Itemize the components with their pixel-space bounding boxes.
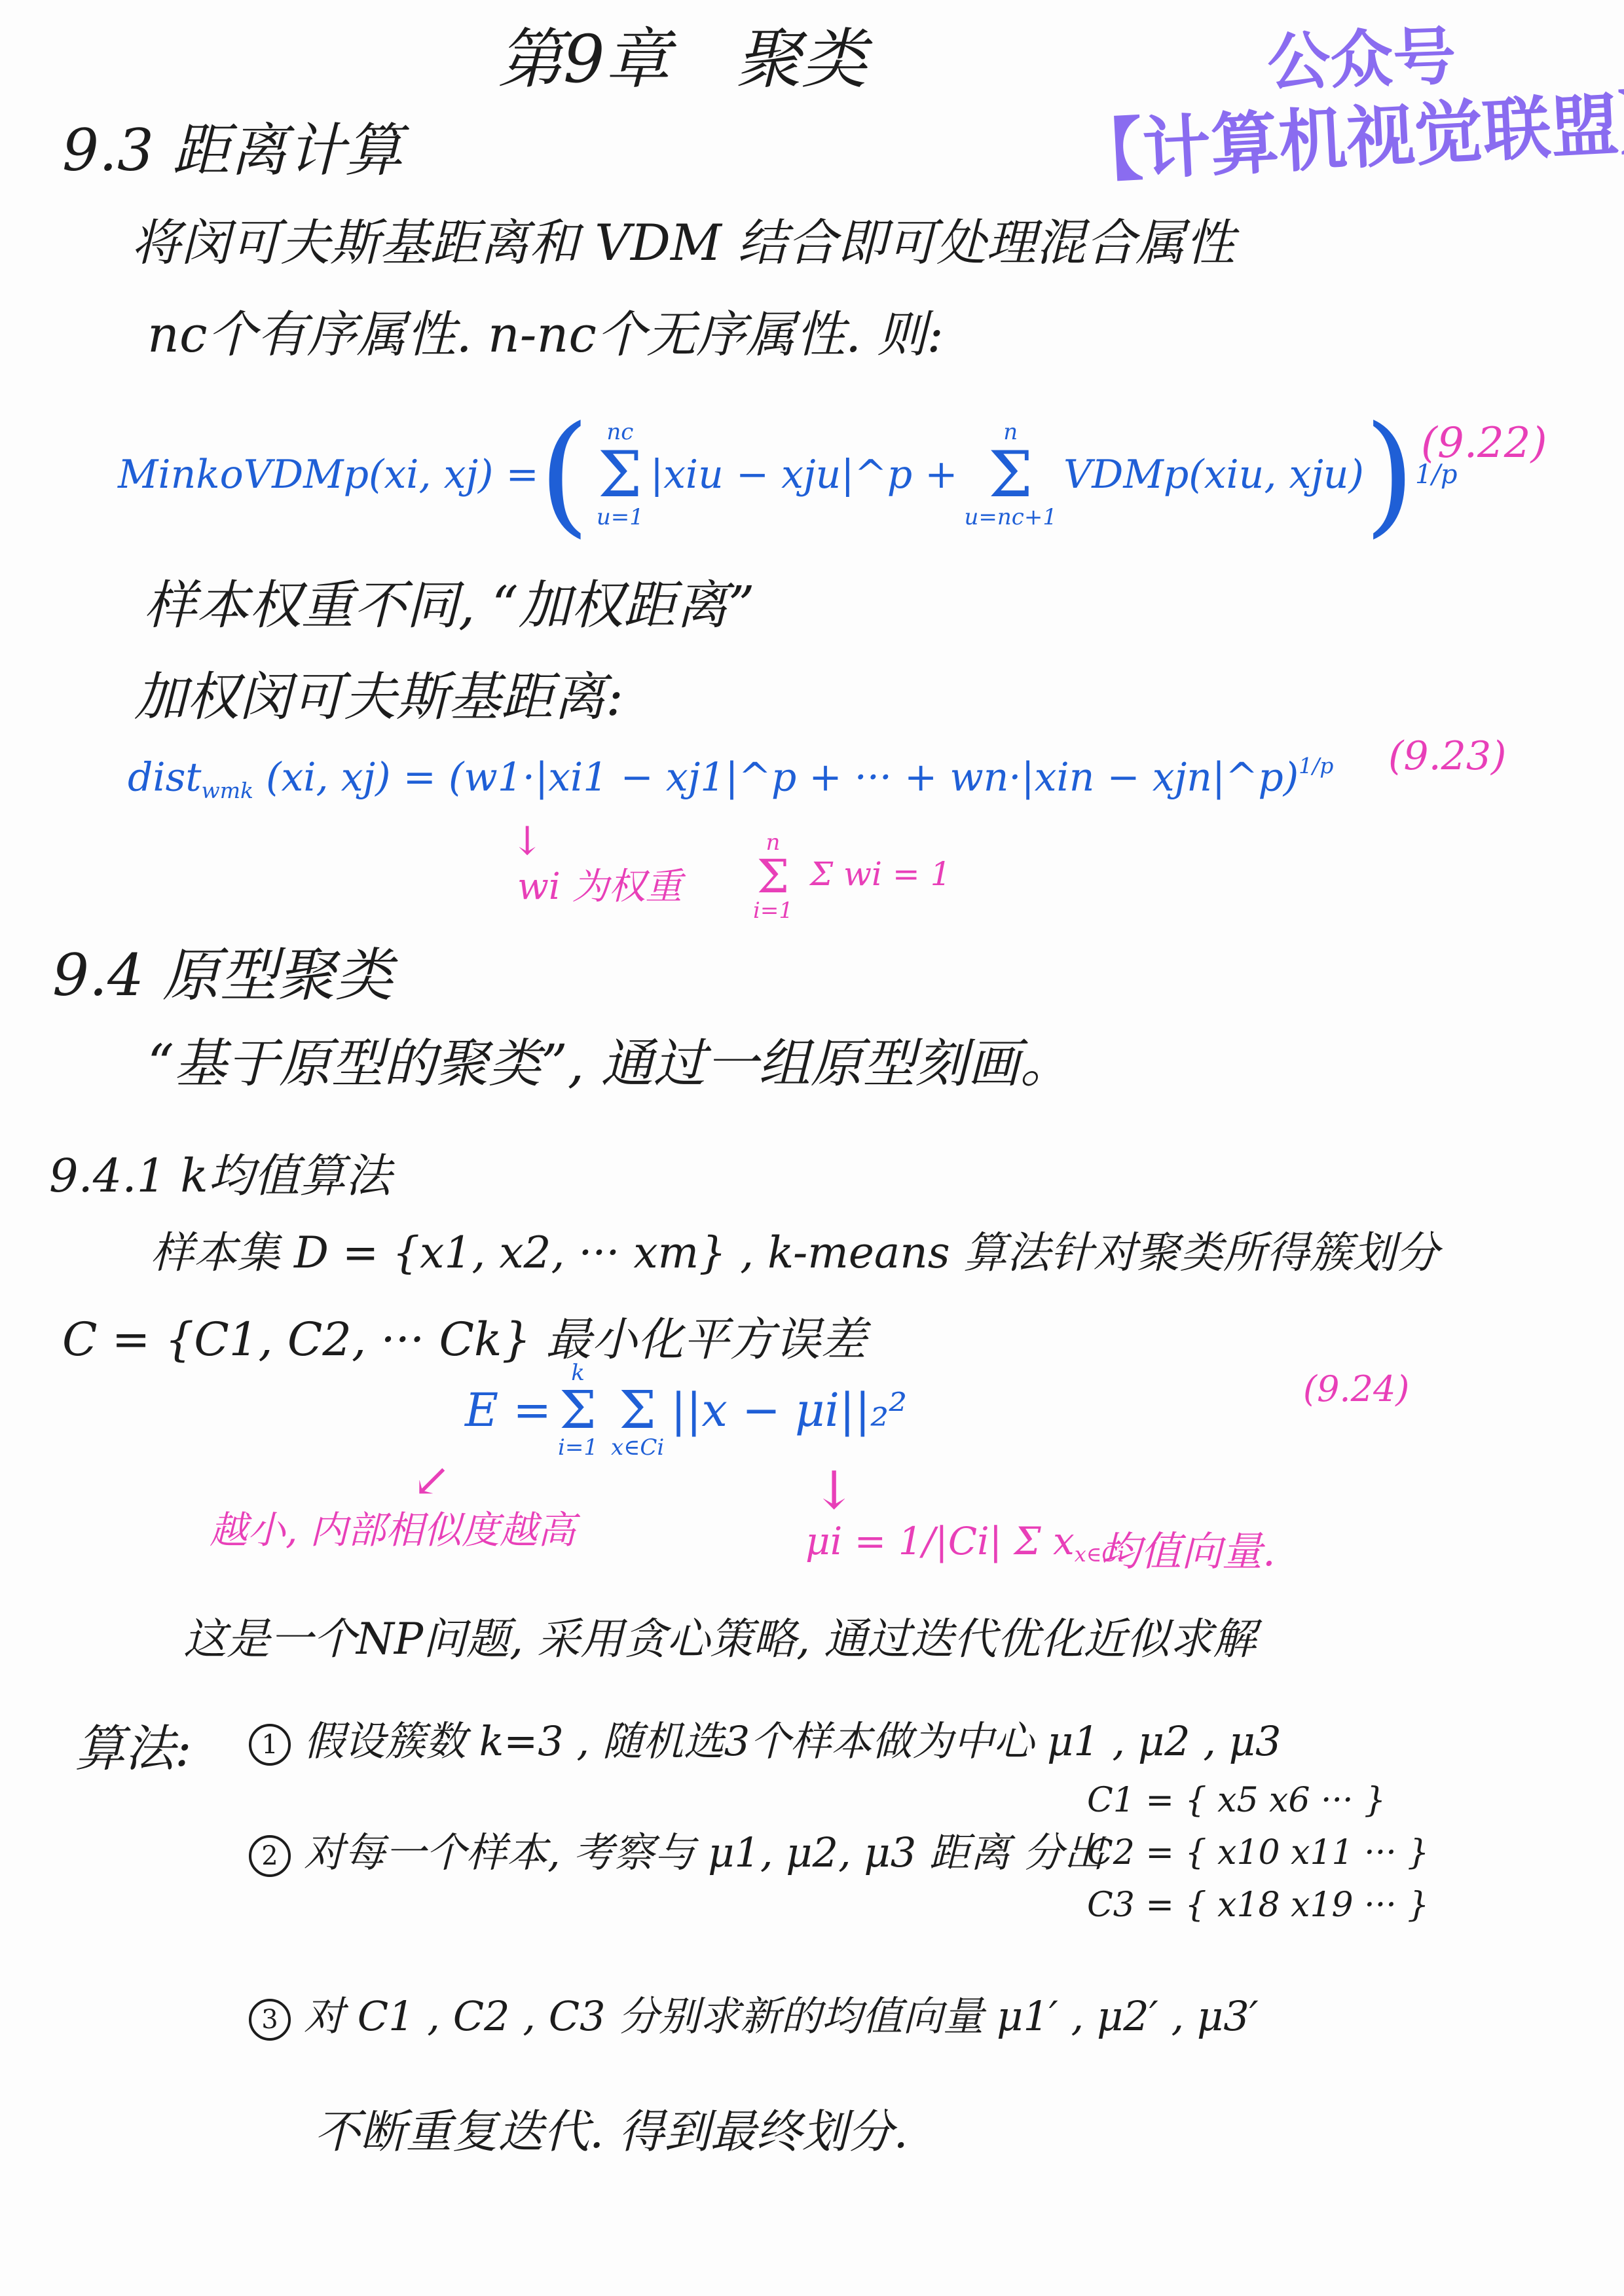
section-9-4-heading: 9.4 原型聚类	[52, 930, 393, 1012]
step-text-2: 对每一个样本, 考察与 μ1, μ2, μ3 距离 分出	[304, 1829, 1105, 1876]
close-paren: )	[1364, 409, 1415, 540]
step-text-1: 假设簇数 k=3 , 随机选3个样本做为中心 μ1 , μ2 , μ3	[304, 1717, 1281, 1765]
sigma-icon: Σ	[598, 443, 642, 506]
chapter-title: 第9章 聚类	[498, 7, 867, 101]
cluster-c2: C2 = { x10 x11 ··· }	[1087, 1827, 1429, 1879]
equation-number-9-23: (9.23)	[1388, 733, 1506, 779]
note-left: 越小, 内部相似度越高	[210, 1499, 576, 1554]
sigma-icon: Σ	[757, 854, 790, 900]
section-9-4-1-heading: 9.4.1 k均值算法	[49, 1139, 392, 1205]
sum-1: nc Σ u=1	[597, 421, 644, 528]
weight-sum-bottom: i=1	[753, 900, 793, 922]
final-line: 不断重复迭代. 得到最终划分.	[314, 2095, 908, 2161]
open-paren: (	[539, 409, 590, 540]
mean-formula: μi = 1/|Ci| Σ xx∈Ci	[805, 1519, 1124, 1567]
error-formula: E = k Σ i=1 Σ x∈Ci ||x − μi||₂²	[465, 1362, 907, 1459]
equation-number-9-22: (9.22)	[1421, 419, 1547, 467]
section-9-4-1-line2: C = {C1, C2, ··· Ck} 最小化平方误差	[62, 1303, 866, 1369]
cluster-c1: C1 = { x5 x6 ··· }	[1087, 1774, 1429, 1827]
error-sum-1-bottom: i=1	[558, 1436, 598, 1459]
error-term: ||x − μi||₂²	[671, 1383, 907, 1437]
section-9-3-heading: 9.3 距离计算	[62, 105, 403, 187]
error-sum-1: k Σ i=1	[558, 1362, 598, 1459]
section-9-3-line3: 样本权重不同, “加权距离”	[144, 563, 755, 638]
step-number-2: 2	[249, 1835, 291, 1877]
step-number-3: 3	[249, 1999, 291, 2041]
watermark-line2: 【计算机视觉联盟】	[1072, 66, 1624, 196]
dist-label: dist	[128, 754, 202, 800]
error-sum-2-bottom: x∈Ci	[611, 1436, 664, 1459]
sigma-icon: Σ	[559, 1384, 597, 1436]
weighted-exponent: 1/p	[1299, 753, 1333, 778]
cluster-c3: C3 = { x18 x19 ··· }	[1087, 1879, 1429, 1931]
equation-number-9-24: (9.24)	[1303, 1368, 1409, 1410]
section-9-4-1-line1: 样本集 D = {x1, x2, ··· xm} , k-means 算法针对聚…	[151, 1218, 1439, 1280]
error-lhs: E =	[465, 1383, 551, 1437]
term-1: |xiu − xju|^p +	[650, 452, 958, 498]
step-number-1: 1	[249, 1724, 291, 1766]
algo-label: 算法:	[75, 1709, 192, 1780]
term-2: VDMp(xiu, xju)	[1063, 452, 1364, 498]
mean-sum: Σ x	[1014, 1519, 1075, 1563]
sum-1-bottom: u=1	[597, 506, 644, 528]
weighted-formula: distwmk (xi, xj) = (w1·|xi1 − xj1|^p + ·…	[128, 753, 1333, 803]
cluster-list: C1 = { x5 x6 ··· } C2 = { x10 x11 ··· } …	[1087, 1774, 1429, 1931]
mean-frac: 1/|Ci|	[898, 1519, 1002, 1563]
note-right-arrow: ↓	[812, 1460, 856, 1521]
error-sum-2: Σ x∈Ci	[611, 1362, 664, 1459]
weight-constraint: n Σ i=1 Σ wi = 1	[747, 831, 951, 922]
section-9-4-line1: “基于原型的聚类”, 通过一组原型刻画。	[147, 1021, 1073, 1097]
algo-step-1: 1假设簇数 k=3 , 随机选3个样本做为中心 μ1 , μ2 , μ3	[249, 1709, 1281, 1767]
sigma-icon: Σ	[619, 1384, 656, 1436]
np-line: 这是一个NP问题, 采用贪心策略, 通过迭代优化近似求解	[183, 1604, 1256, 1666]
sigma-icon: Σ	[988, 443, 1033, 506]
section-9-3-line1: 将闵可夫斯基距离和 VDM 结合即可处理混合属性	[131, 203, 1235, 274]
weight-constraint-text: Σ wi = 1	[810, 855, 951, 893]
algo-step-2: 2对每一个样本, 考察与 μ1, μ2, μ3 距离 分出	[249, 1820, 1105, 1878]
minkovdm-lhs: MinkoVDMp(xi, xj) =	[118, 452, 539, 498]
weighted-rhs: (xi, xj) = (w1·|xi1 − xj1|^p + ··· + wn·…	[266, 754, 1299, 800]
dist-subscript: wmk	[202, 778, 254, 803]
sum-2-bottom: u=nc+1	[965, 506, 1057, 528]
weight-sum: n Σ i=1	[753, 831, 793, 922]
mean-lhs: μi =	[805, 1519, 886, 1563]
algo-step-3: 3对 C1 , C2 , C3 分别求新的均值向量 μ1′ , μ2′ , μ3…	[249, 1984, 1259, 2042]
sum-2: n Σ u=nc+1	[965, 421, 1057, 528]
section-9-3-line2: nc个有序属性. n-nc个无序属性. 则:	[147, 295, 944, 366]
weight-note: wi 为权重	[517, 858, 682, 910]
step-text-3: 对 C1 , C2 , C3 分别求新的均值向量 μ1′ , μ2′ , μ3′	[304, 1992, 1259, 2040]
minkovdm-formula: MinkoVDMp(xi, xj) = ( nc Σ u=1 |xiu − xj…	[118, 399, 1458, 550]
mean-note: 均值向量.	[1100, 1519, 1276, 1577]
section-9-3-line4: 加权闵可夫斯基距离:	[134, 655, 623, 730]
